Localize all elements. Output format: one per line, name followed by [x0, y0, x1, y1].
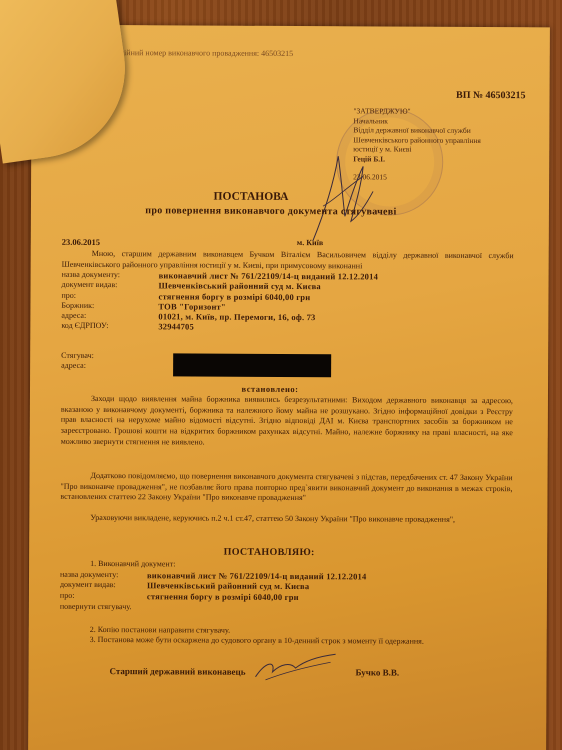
document-date: 23.06.2015 [62, 237, 100, 247]
signature-icon [250, 652, 340, 682]
approval-line: Відділ державної виконавчої служби [353, 125, 481, 135]
page-subtitle: про повернення виконавчого документа стя… [31, 205, 511, 219]
page-title: ПОСТАНОВА [31, 190, 471, 204]
approval-header: "ЗАТВЕРДЖУЮ" [353, 106, 481, 116]
resolve-item-3: 3. Постанова може бути оскаржена до судо… [60, 635, 512, 648]
signer-name: Бучко В.В. [356, 667, 400, 677]
established-paragraph: Заходи щодо виявлення майна боржника вия… [61, 394, 513, 450]
claimant-details: Стягувач: адреса: [61, 351, 158, 372]
vp-number: ВП № 46503215 [456, 90, 526, 101]
resolve-heading: ПОСТАНОВЛЯЮ: [29, 546, 509, 560]
document-city: м. Київ [297, 238, 323, 247]
document-page: Реєстраційний номер виконавчого провадже… [28, 25, 550, 750]
claimant-row: Стягувач: [61, 351, 158, 362]
resolve-details: назва документу:виконавчий лист № 761/22… [60, 570, 367, 602]
claimant-row: адреса: [61, 361, 158, 372]
additional-paragraph: Додатково повідомляємо, що повернення ви… [60, 471, 512, 505]
intro-paragraph: Мною, старшим державним виконавцем Бучко… [62, 249, 514, 273]
redaction-box [173, 353, 331, 377]
return-instruction: повернути стягувачу. [60, 602, 132, 611]
detail-row: про:стягнення боргу в розмірі 6040,00 гр… [60, 590, 367, 602]
considering-paragraph: Ураховуючи викладене, керуючись п.2 ч.1 … [60, 513, 512, 526]
case-details: назва документу:виконавчий лист № 761/22… [61, 270, 378, 333]
detail-row: код ЄДРПОУ:32944705 [61, 321, 378, 333]
resolve-item-1: 1. Виконавчий документ: [90, 559, 175, 568]
resolve-item-2: 2. Копію постанови направити стягувачу. [90, 625, 230, 635]
signer-title: Старший державний виконавець [110, 666, 246, 677]
